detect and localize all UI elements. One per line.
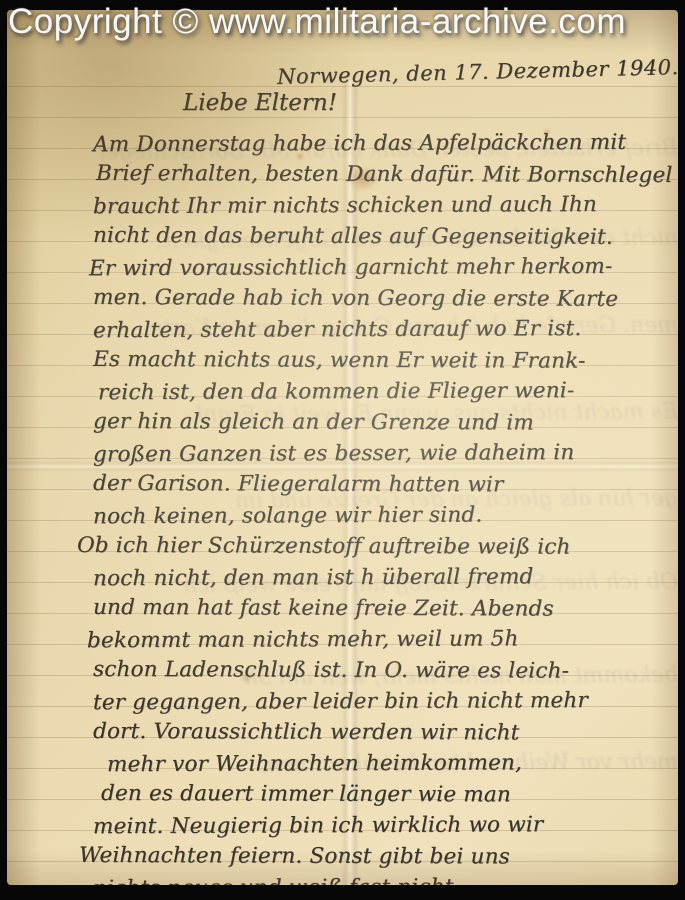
letter-line: noch nicht, den man ist h überall fremd bbox=[93, 561, 674, 595]
letter-line: mehr vor Weihnachten heimkommen, bbox=[107, 747, 674, 780]
letter-line: Ob ich hier Schürzenstoff auftreibe weiß… bbox=[77, 530, 674, 563]
letter-page: Brief erhalten, besten Dank dafür. Mit B… bbox=[7, 10, 678, 885]
letter-line: reich ist, den da kommen die Flieger wen… bbox=[98, 375, 674, 409]
letter-salutation: Liebe Eltern! bbox=[183, 90, 337, 116]
letter-line: den es dauert immer länger wie man bbox=[101, 778, 674, 811]
letter-body: Am Donnerstag habe ich das Apfelpäckchen… bbox=[93, 128, 674, 885]
letter-line: ter gegangen, aber leider bin ich nicht … bbox=[93, 685, 674, 719]
letter-line: meint. Neugierig bin ich wirklich wo wir bbox=[93, 809, 674, 843]
letter-line: großen Ganzen ist es besser, wie daheim … bbox=[93, 437, 674, 471]
letter-line: men. Gerade hab ich von Georg die erste … bbox=[93, 282, 674, 315]
letter-line: ger hin als gleich an der Grenze und im bbox=[93, 406, 674, 439]
letter-line: der Garison. Fliegeralarm hatten wir bbox=[93, 468, 674, 501]
copyright-watermark: Copyright © www.militaria-archive.com bbox=[8, 2, 626, 42]
letter-line: Brief erhalten, besten Dank dafür. Mit B… bbox=[96, 158, 674, 191]
letter-line: Weihnachten feiern. Sonst gibt bei uns bbox=[79, 840, 674, 873]
letter-line: nichts neues und weiß fast nicht bbox=[93, 871, 674, 885]
letter-line: noch keinen, solange wir hier sind. bbox=[93, 499, 674, 533]
letter-line: und man hat fast keine freie Zeit. Abend… bbox=[93, 592, 674, 625]
letter-line: erhalten, steht aber nichts darauf wo Er… bbox=[93, 313, 674, 347]
letter-line: schon Ladenschluß ist. In O. wäre es lei… bbox=[93, 654, 674, 687]
letter-line: nicht den das beruht alles auf Gegenseit… bbox=[93, 220, 674, 253]
letter-line: braucht Ihr mir nichts schicken und auch… bbox=[93, 189, 674, 223]
scanned-letter-photo: Brief erhalten, besten Dank dafür. Mit B… bbox=[0, 0, 685, 900]
letter-line: Er wird voraussichtlich garnicht mehr he… bbox=[89, 251, 674, 285]
letter-line: bekommt man nichts mehr, weil um 5h bbox=[87, 623, 674, 657]
letter-line: Am Donnerstag habe ich das Apfelpäckchen… bbox=[93, 127, 674, 161]
letter-line: Es macht nichts aus, wenn Er weit in Fra… bbox=[93, 344, 674, 377]
letter-line: dort. Voraussichtlich werden wir nicht bbox=[93, 716, 674, 749]
